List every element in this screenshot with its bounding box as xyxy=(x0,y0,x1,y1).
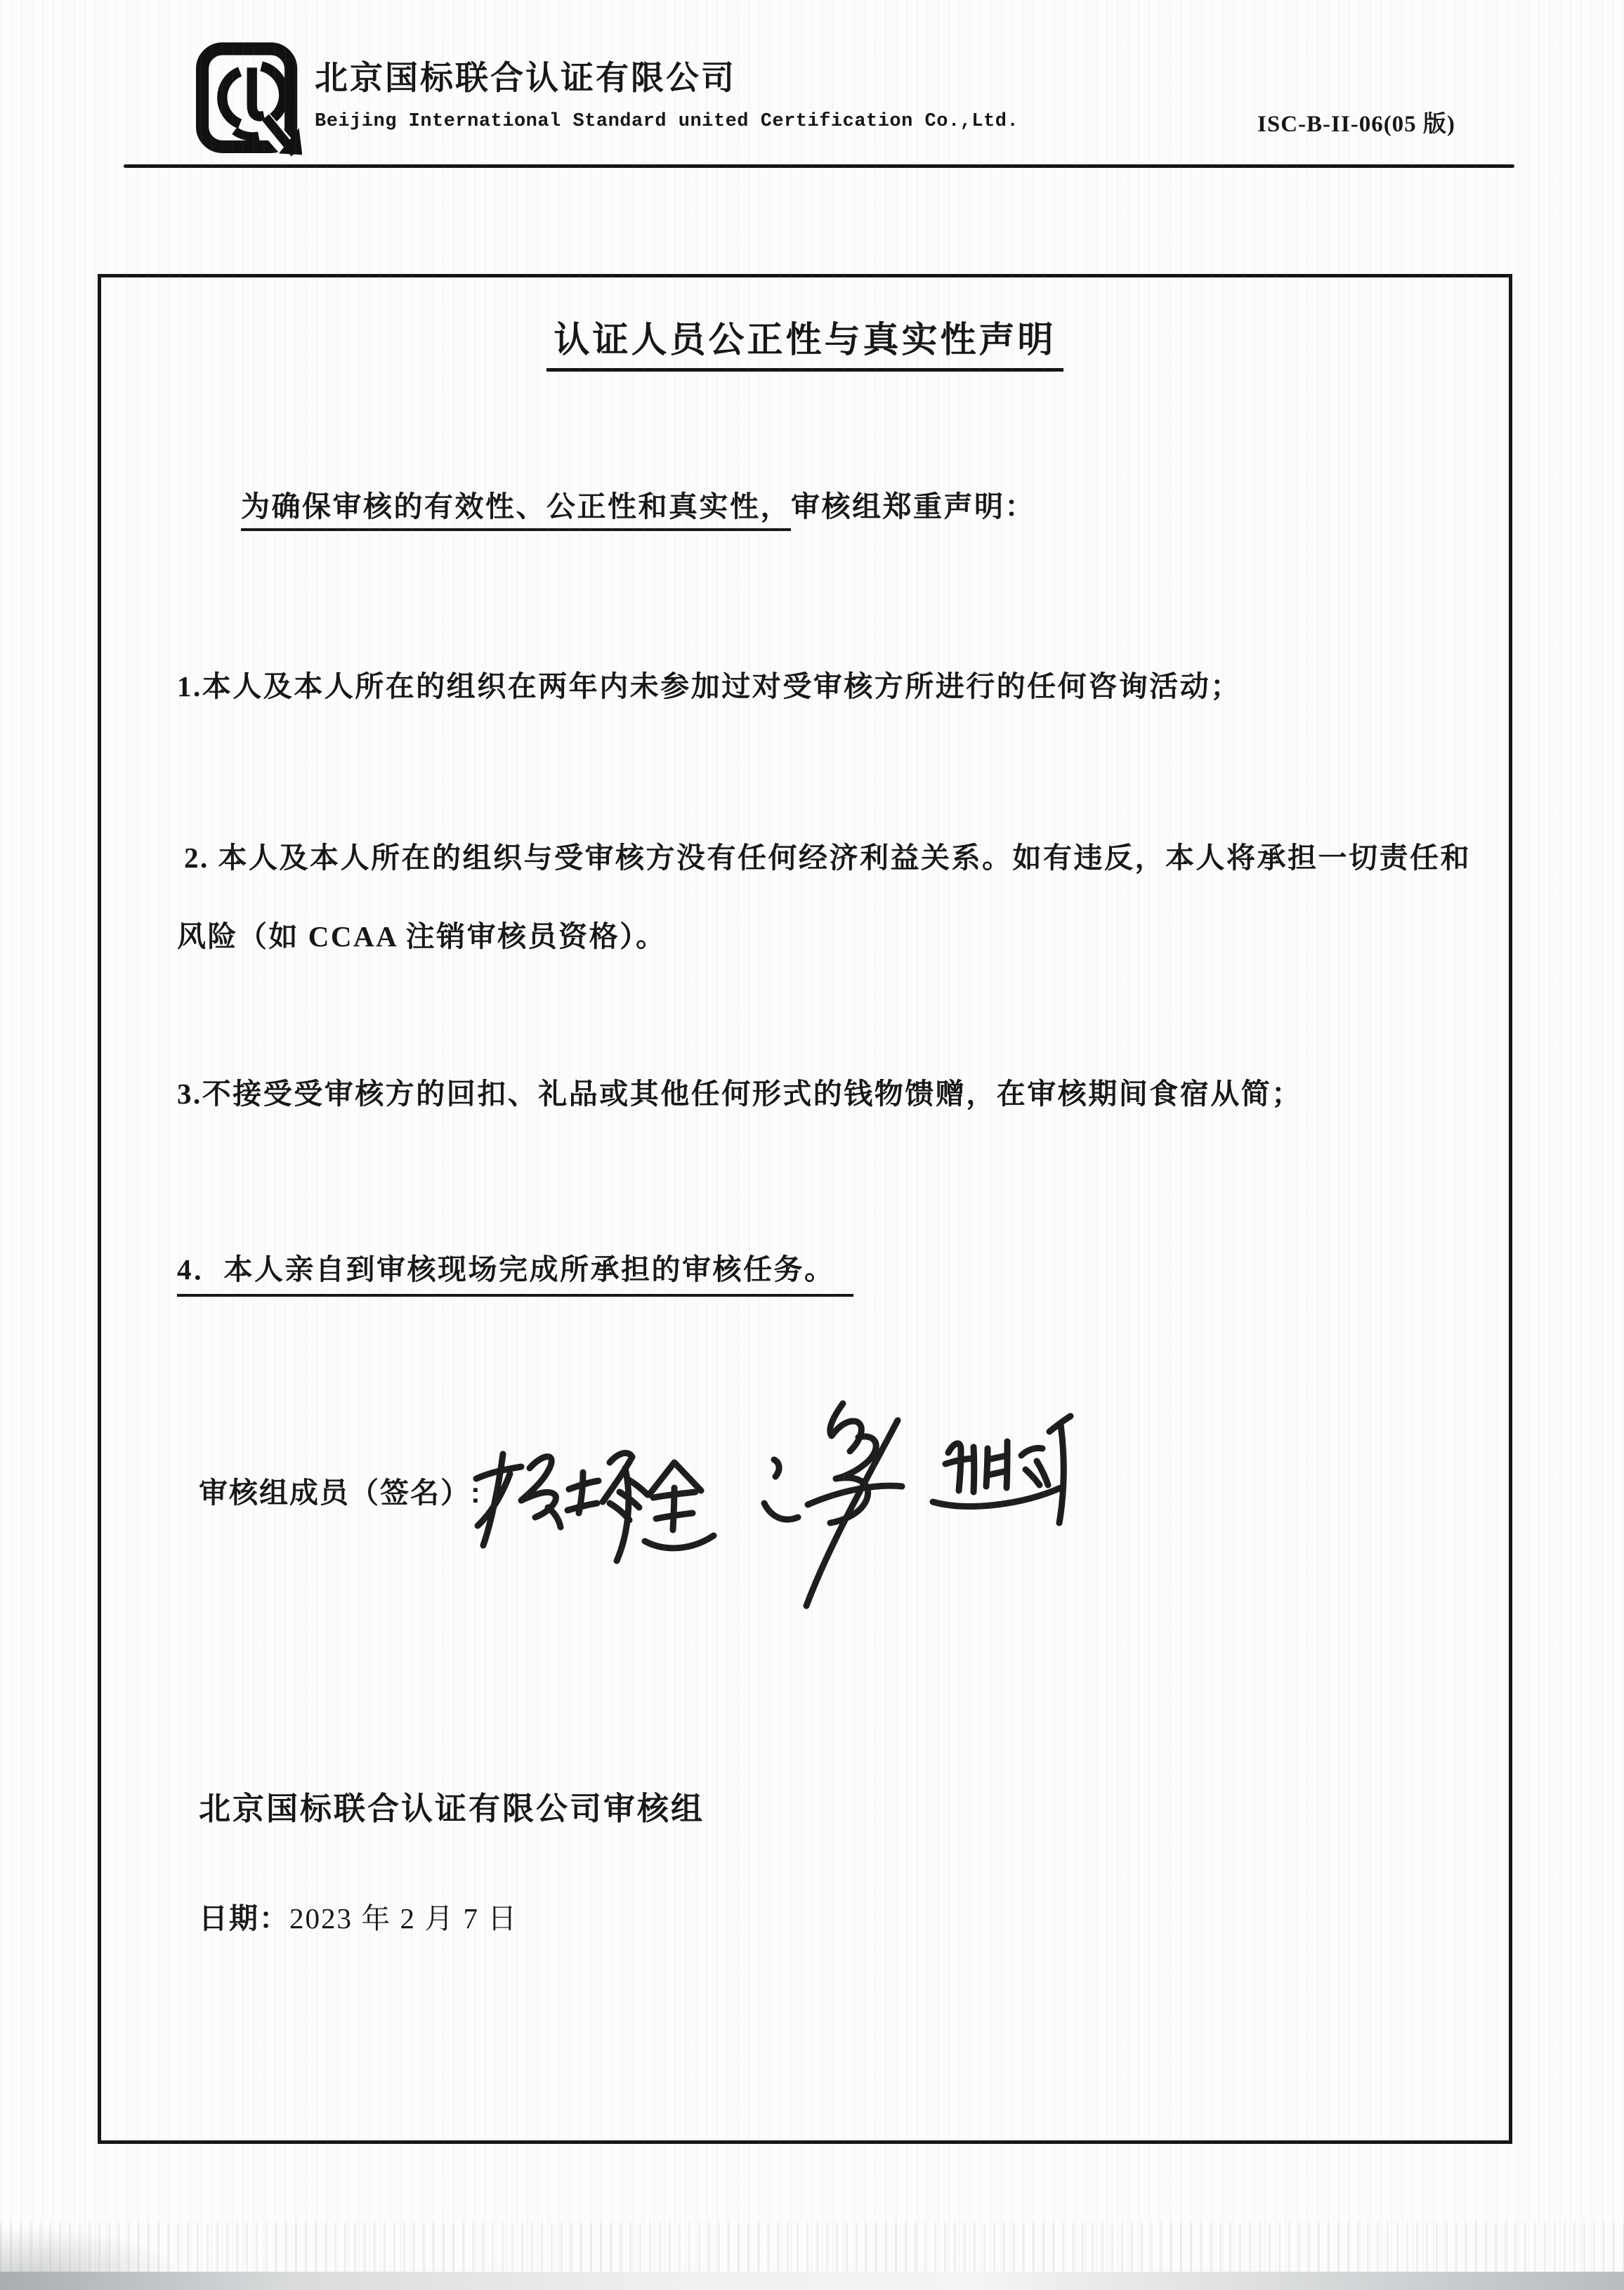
page-title-text: 认证人员公正性与真实性声明 xyxy=(546,310,1063,372)
declaration-item-4: 4．本人亲自到审核现场完成所承担的审核任务。 xyxy=(177,1246,853,1297)
audit-team-line: 北京国标联合认证有限公司审核组 xyxy=(199,1783,705,1828)
scan-bottom-streaks xyxy=(0,2223,1624,2273)
declaration-item-3: 3.不接受受审核方的回扣、礼品或其他任何形式的钱物馈赠，在审核期间食宿从简； xyxy=(177,1071,1302,1112)
declaration-box xyxy=(98,274,1512,2144)
signature-3 xyxy=(933,1416,1070,1523)
date-line: 日期：2023 年 2 月 7 日 xyxy=(199,1895,518,1937)
intro-rest-text: 审核组郑重声明： xyxy=(791,490,1035,523)
header-divider xyxy=(124,164,1514,168)
scan-corner-smudge xyxy=(0,2227,183,2276)
handwritten-signatures xyxy=(443,1370,1117,1637)
signature-1 xyxy=(476,1453,714,1561)
declaration-item-2-line-2: 风险（如 CCAA 注销审核员资格）。 xyxy=(177,913,667,955)
company-logo certification-mark-icon xyxy=(194,41,302,160)
signature-label: 审核组成员（签名）: xyxy=(199,1470,482,1511)
signature-2 xyxy=(764,1404,902,1606)
intro-paragraph: 为确保审核的有效性、公正性和真实性，审核组郑重声明： xyxy=(241,483,1035,531)
declaration-item-2-line-1: 2. 本人及本人所在的组织与受审核方没有任何经济利益关系。如有违反，本人将承担一… xyxy=(184,835,1471,876)
declaration-item-1: 1.本人及本人所在的组织在两年内未参加过对受审核方所进行的任何咨询活动； xyxy=(177,663,1241,705)
page-title: 认证人员公正性与真实性声明 xyxy=(98,310,1512,372)
intro-underlined-text: 为确保审核的有效性、公正性和真实性， xyxy=(241,483,791,531)
document-page: 北京国标联合认证有限公司 Beijing International Stand… xyxy=(0,0,1624,2290)
declaration-item-4-text: 4．本人亲自到审核现场完成所承担的审核任务。 xyxy=(177,1246,853,1297)
company-name-en: Beijing International Standard united Ce… xyxy=(315,111,1019,132)
scan-bottom-band xyxy=(0,2272,1624,2290)
company-name-cn: 北京国标联合认证有限公司 xyxy=(315,52,736,99)
date-label: 日期： xyxy=(199,1902,289,1935)
certification-mark-icon xyxy=(194,41,302,160)
form-number: ISC-B-II-06(05 版) xyxy=(1257,105,1455,138)
date-value: 2023 年 2 月 7 日 xyxy=(289,1902,518,1935)
